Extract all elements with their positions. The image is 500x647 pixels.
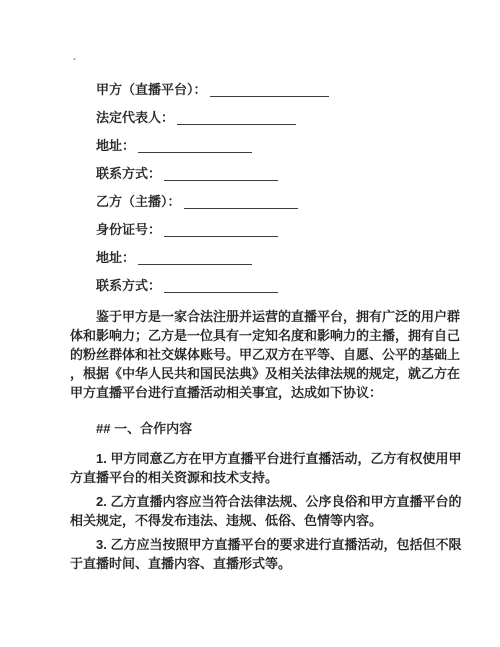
fill-in-blank <box>138 139 252 153</box>
party-b-name-row: 乙方（主播）： <box>70 195 442 209</box>
clause-line: 方直播平台的相关资源和技术支持。 <box>70 468 442 487</box>
field-label: 联系方式： <box>96 167 161 181</box>
clause-3: 3. 乙方应当按照甲方直播平台的要求进行直播活动，包括但不限 于直播时间、直播内… <box>70 535 442 573</box>
paragraph-line: 体和影响力；乙方是一位具有一定知名度和影响力的主播，拥有自己 <box>70 326 442 345</box>
fill-in-blank <box>164 167 278 181</box>
field-label: 法定代表人： <box>96 111 174 125</box>
fill-in-blank <box>164 279 278 293</box>
party-b-block: 乙方（主播）： 身份证号： 地址： 联系方式： <box>70 195 442 293</box>
clause-line: 1. 甲方同意乙方在甲方直播平台进行直播活动，乙方有权使用甲 <box>70 449 442 468</box>
preamble-paragraph: 鉴于甲方是一家合法注册并运营的直播平台，拥有广泛的用户群 体和影响力；乙方是一位… <box>70 307 442 402</box>
party-a-name-row: 甲方（直播平台）： <box>70 83 442 97</box>
party-a-block: 甲方（直播平台）： 法定代表人： 地址： 联系方式： <box>70 83 442 181</box>
party-a-legal-rep-row: 法定代表人： <box>70 111 442 125</box>
field-label: 甲方（直播平台）： <box>96 83 207 97</box>
paragraph-line: 鉴于甲方是一家合法注册并运营的直播平台，拥有广泛的用户群 <box>70 307 442 326</box>
field-label: 地址： <box>96 139 135 153</box>
field-label: 身份证号： <box>96 223 161 237</box>
field-label: 地址： <box>96 251 135 265</box>
party-a-contact-row: 联系方式： <box>70 167 442 181</box>
document-content: 甲方（直播平台）： 法定代表人： 地址： 联系方式： 乙方（主播）： <box>0 0 500 573</box>
stray-mark: . <box>73 52 76 63</box>
fill-in-blank <box>164 223 278 237</box>
party-b-address-row: 地址： <box>70 251 442 265</box>
fill-in-blank <box>210 83 329 97</box>
field-label: 联系方式： <box>96 279 161 293</box>
section-heading: ## 一、合作内容 <box>70 422 442 436</box>
clause-line: 于直播时间、直播内容、直播形式等。 <box>70 554 442 573</box>
clause-line: 3. 乙方应当按照甲方直播平台的要求进行直播活动，包括但不限 <box>70 535 442 554</box>
fill-in-blank <box>184 195 298 209</box>
field-label: 乙方（主播）： <box>96 195 181 209</box>
paragraph-line: 甲方直播平台进行直播活动相关事宜，达成如下协议： <box>70 383 442 402</box>
fill-in-blank <box>138 251 252 265</box>
clause-line: 2. 乙方直播内容应当符合法律法规、公序良俗和甲方直播平台的 <box>70 492 442 511</box>
party-b-contact-row: 联系方式： <box>70 279 442 293</box>
contract-document-page: . 甲方（直播平台）： 法定代表人： 地址： 联系方式： 乙方（主播）： <box>0 0 500 647</box>
clause-1: 1. 甲方同意乙方在甲方直播平台进行直播活动，乙方有权使用甲 方直播平台的相关资… <box>70 449 442 487</box>
fill-in-blank <box>177 111 296 125</box>
clause-line: 相关规定，不得发布违法、违规、低俗、色情等内容。 <box>70 511 442 530</box>
party-a-address-row: 地址： <box>70 139 442 153</box>
paragraph-line: 的粉丝群体和社交媒体账号。甲乙双方在平等、自愿、公平的基础上 <box>70 345 442 364</box>
paragraph-line: ，根据《中华人民共和国民法典》及相关法律法规的规定，就乙方在 <box>70 364 442 383</box>
clause-2: 2. 乙方直播内容应当符合法律法规、公序良俗和甲方直播平台的 相关规定，不得发布… <box>70 492 442 530</box>
party-b-id-number-row: 身份证号： <box>70 223 442 237</box>
